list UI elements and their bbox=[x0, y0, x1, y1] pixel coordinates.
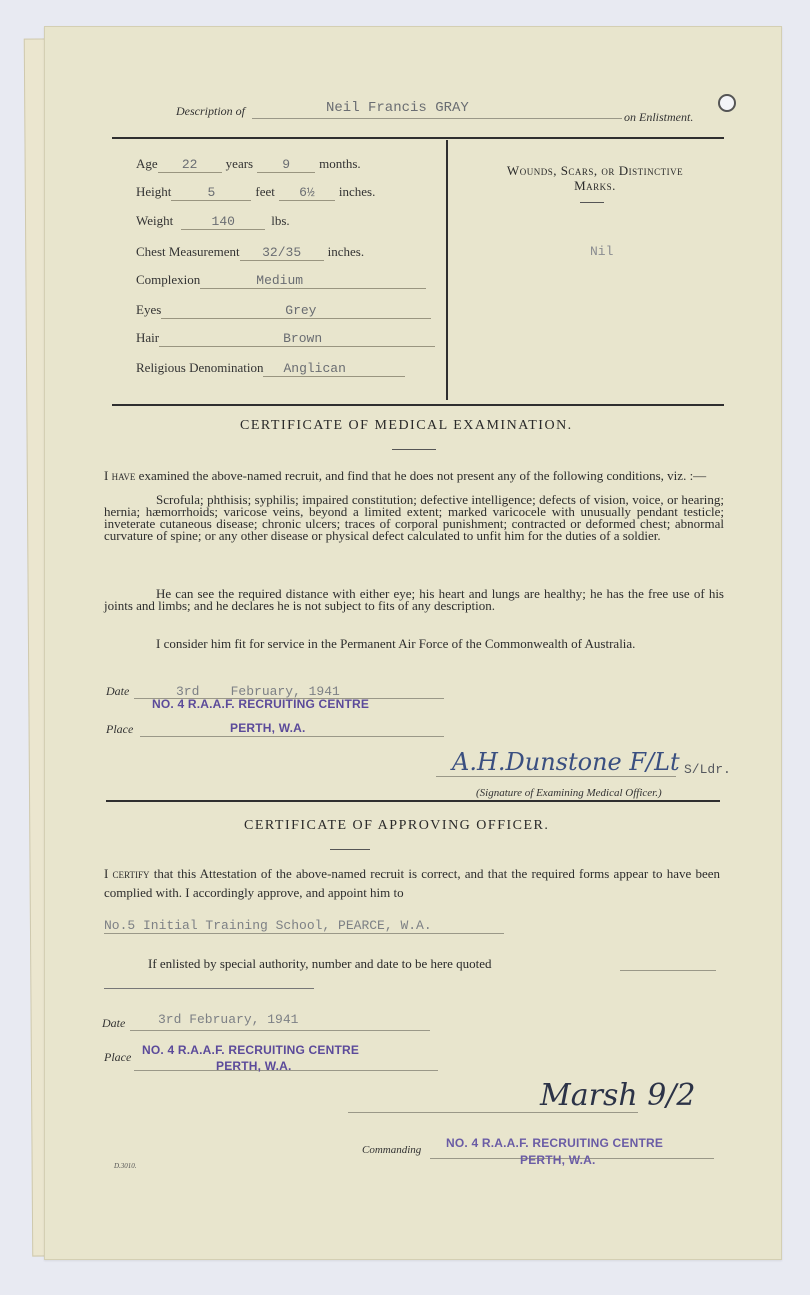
approving-date-line bbox=[130, 1030, 430, 1031]
medical-para-1: I have examined the above-named recruit,… bbox=[104, 470, 724, 482]
approving-heading: CERTIFICATE OF APPROVING OFFICER. bbox=[244, 818, 549, 834]
complexion-value: Medium bbox=[200, 273, 426, 289]
medical-para-2: Scrofula; phthisis; syphilis; impaired c… bbox=[104, 494, 724, 542]
medical-para1-lead: I have bbox=[104, 468, 135, 483]
weight-row: Weight 140 lbs. bbox=[136, 213, 290, 230]
inches-label: inches. bbox=[339, 184, 375, 200]
special-authority-text: If enlisted by special authority, number… bbox=[148, 956, 492, 972]
marks-heading-line1: Wounds, Scars, or Distinctive bbox=[450, 163, 740, 178]
approving-date-label: Date bbox=[102, 1016, 125, 1031]
approving-para-1: I certify that this Attestation of the a… bbox=[104, 864, 720, 902]
height-feet-value: 5 bbox=[171, 185, 251, 201]
lbs-label: lbs. bbox=[271, 213, 289, 229]
medical-signature-caption: (Signature of Examining Medical Officer.… bbox=[476, 787, 662, 799]
approving-officer-signature: Marsh 9/2 bbox=[540, 1078, 695, 1113]
medical-place-line bbox=[140, 736, 444, 737]
religion-row: Religious Denomination Anglican bbox=[136, 360, 405, 377]
table-bottom-rule bbox=[112, 404, 724, 406]
chest-value: 32/35 bbox=[240, 245, 324, 261]
height-row: Height 5 feet 6½ inches. bbox=[136, 184, 375, 201]
approving-stamp-line1: NO. 4 R.A.A.F. RECRUITING CENTRE bbox=[142, 1043, 359, 1057]
medical-para-4: I consider him fit for service in the Pe… bbox=[104, 638, 724, 650]
complexion-label: Complexion bbox=[136, 272, 200, 288]
form-number: D.3010. bbox=[114, 1162, 137, 1170]
medical-para-3: He can see the required distance with ei… bbox=[104, 588, 724, 612]
weight-value: 140 bbox=[181, 214, 265, 230]
years-label: years bbox=[226, 156, 253, 172]
approving-place-label: Place bbox=[104, 1050, 131, 1065]
approving-heading-rule bbox=[330, 849, 370, 850]
special-authority-line bbox=[620, 970, 716, 971]
on-enlistment-label: on Enlistment. bbox=[624, 110, 693, 125]
appointment-value: No.5 Initial Training School, PEARCE, W.… bbox=[104, 918, 504, 934]
eyes-value: Grey bbox=[161, 303, 431, 319]
medical-para1-text: examined the above-named recruit, and fi… bbox=[139, 468, 707, 483]
medical-bottom-rule bbox=[106, 800, 720, 802]
approving-para1-text: that this Attestation of the above-named… bbox=[104, 866, 720, 900]
approving-para1-lead: I certify bbox=[104, 866, 150, 881]
chest-label: Chest Measurement bbox=[136, 244, 240, 260]
description-label: Description of bbox=[176, 104, 245, 119]
approving-date-value: 3rd February, 1941 bbox=[158, 1012, 298, 1027]
weight-label: Weight bbox=[136, 213, 173, 229]
name-line bbox=[252, 118, 622, 119]
medical-officer-rank: S/Ldr. bbox=[684, 762, 731, 777]
chest-row: Chest Measurement 32/35 inches. bbox=[136, 244, 364, 261]
table-divider bbox=[446, 140, 448, 400]
age-row: Age 22 years 9 months. bbox=[136, 156, 361, 173]
approving-signature-line bbox=[348, 1112, 638, 1113]
recruit-name: Neil Francis GRAY bbox=[326, 100, 469, 116]
medical-place-label: Place bbox=[106, 722, 133, 737]
medical-date-label: Date bbox=[106, 684, 129, 699]
commanding-stamp-line2: PERTH, W.A. bbox=[520, 1153, 596, 1167]
hair-label: Hair bbox=[136, 330, 159, 346]
months-label: months. bbox=[319, 156, 361, 172]
marks-heading-line2: Marks. bbox=[450, 178, 740, 193]
medical-officer-signature: A.H.Dunstone F/Lt bbox=[452, 748, 680, 776]
medical-stamp-line1: NO. 4 R.A.A.F. RECRUITING CENTRE bbox=[152, 697, 369, 711]
marks-value: Nil bbox=[590, 244, 613, 259]
eyes-row: Eyes Grey bbox=[136, 302, 431, 319]
commanding-label: Commanding bbox=[362, 1144, 421, 1156]
age-years-value: 22 bbox=[158, 157, 222, 173]
separator-rule bbox=[104, 988, 314, 989]
header-rule bbox=[112, 137, 724, 139]
height-inches-value: 6½ bbox=[279, 185, 335, 201]
chest-inches-label: inches. bbox=[328, 244, 364, 260]
height-label: Height bbox=[136, 184, 171, 200]
commanding-stamp-line1: NO. 4 R.A.A.F. RECRUITING CENTRE bbox=[446, 1136, 663, 1150]
religion-label: Religious Denomination bbox=[136, 360, 263, 376]
hair-row: Hair Brown bbox=[136, 330, 435, 347]
medical-heading-rule bbox=[392, 449, 436, 450]
medical-heading: CERTIFICATE OF MEDICAL EXAMINATION. bbox=[240, 418, 573, 434]
feet-label: feet bbox=[255, 184, 274, 200]
approving-stamp-line2: PERTH, W.A. bbox=[216, 1059, 292, 1073]
religion-value: Anglican bbox=[263, 361, 405, 377]
age-months-value: 9 bbox=[257, 157, 315, 173]
punch-hole bbox=[718, 94, 736, 112]
marks-heading: Wounds, Scars, or Distinctive Marks. bbox=[450, 163, 740, 193]
medical-stamp-line2: PERTH, W.A. bbox=[230, 721, 306, 735]
marks-rule bbox=[580, 202, 604, 203]
eyes-label: Eyes bbox=[136, 302, 161, 318]
medical-signature-line bbox=[436, 776, 676, 777]
age-label: Age bbox=[136, 156, 158, 172]
complexion-row: Complexion Medium bbox=[136, 272, 426, 289]
hair-value: Brown bbox=[159, 331, 435, 347]
